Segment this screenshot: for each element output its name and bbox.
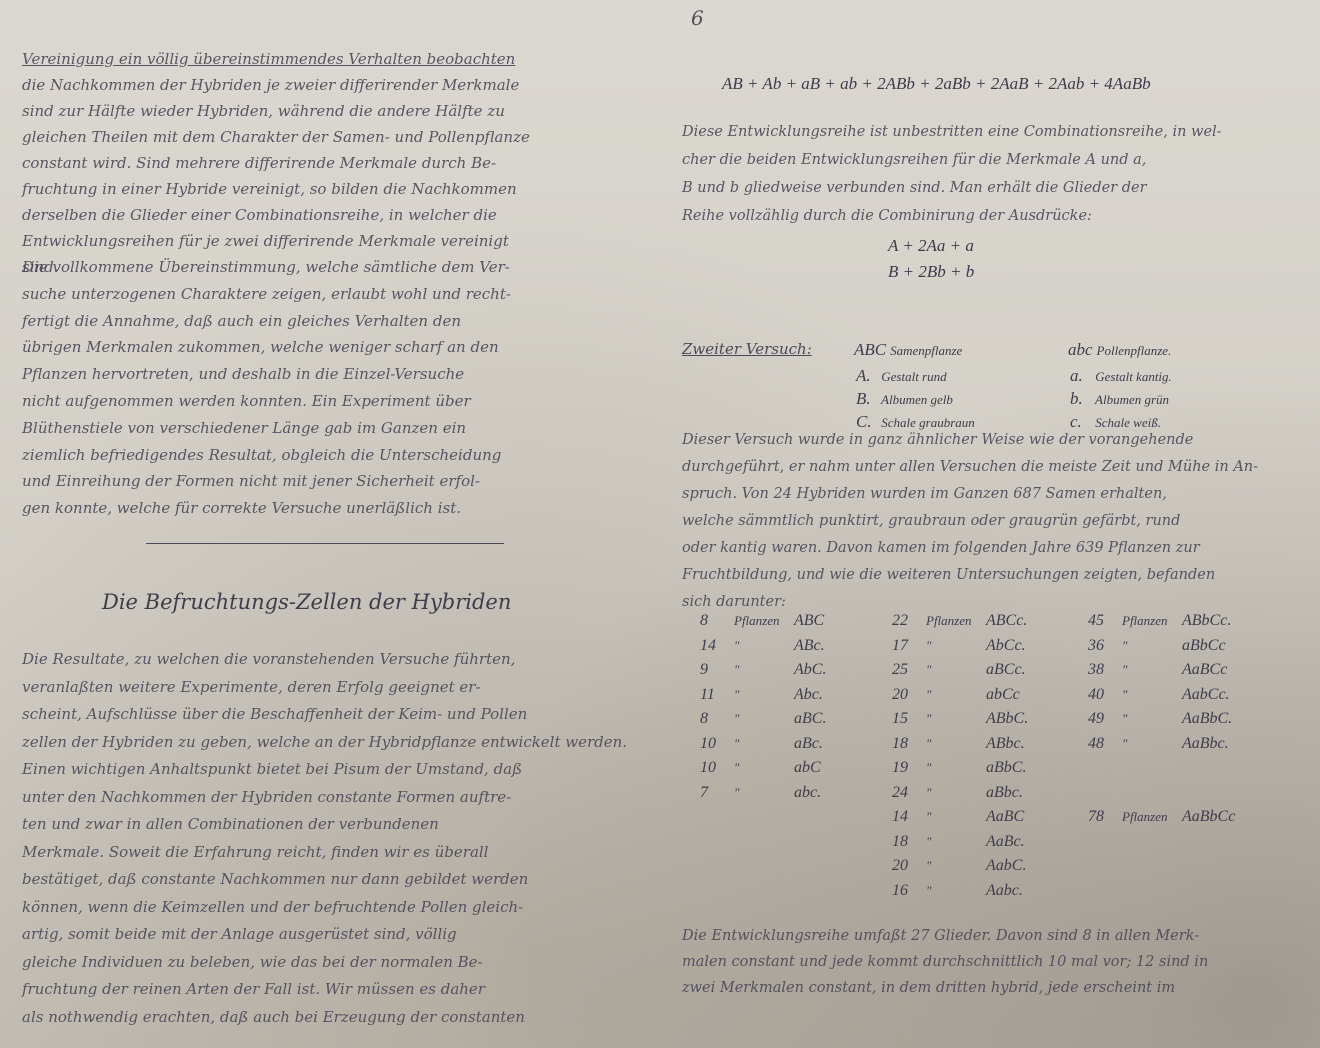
text-line: Fruchtbildung, und wie die weiteren Unte…: [682, 567, 1215, 583]
text-line: gleichen Theilen mit dem Charakter der S…: [22, 128, 530, 146]
plant-count: 10: [700, 759, 734, 777]
plant-count: 24: [892, 784, 926, 802]
ditto-mark: ": [926, 809, 986, 825]
plant-count: 48: [1088, 735, 1122, 753]
table-row: 40 "AabCc.: [1088, 686, 1230, 704]
trait-key: b.: [1070, 389, 1092, 409]
genotype: aBc.: [794, 735, 823, 753]
ditto-mark: ": [1122, 638, 1182, 654]
section-divider: [146, 543, 504, 544]
sub-formula-b: B + 2Bb + b: [888, 262, 974, 282]
ditto-mark: ": [926, 883, 986, 899]
text-line: Pflanzen hervortreten, und deshalb in di…: [22, 365, 464, 383]
trait-key: a.: [1070, 366, 1092, 386]
trait-key: B.: [856, 389, 878, 409]
table-row: 19 "aBbC.: [892, 759, 1026, 777]
genotype: AaBbC.: [1182, 710, 1232, 728]
plant-count: 18: [892, 833, 926, 851]
genotype: aBbCc: [1182, 637, 1226, 655]
ditto-mark: ": [734, 687, 794, 703]
text-line: ziemlich befriedigendes Resultat, obglei…: [22, 446, 501, 464]
seed-parent: ABC Samenpflanze: [854, 340, 962, 360]
text-line: unter den Nachkommen der Hybriden consta…: [22, 788, 511, 806]
text-line: Merkmale. Soweit die Erfahrung reicht, f…: [22, 843, 488, 861]
ditto-mark: ": [734, 711, 794, 727]
table-row: 38 "AaBCc: [1088, 661, 1227, 679]
table-row: 18 "ABbc.: [892, 735, 1025, 753]
text-line: Entwicklungsreihen für je zwei differire…: [22, 232, 509, 250]
text-line: durchgeführt, er nahm unter allen Versuc…: [682, 459, 1258, 475]
ditto-mark: ": [734, 760, 794, 776]
genotype: AabCc.: [1182, 686, 1230, 704]
table-row: 8PflanzenABC: [700, 612, 824, 630]
text-line: Dieser Versuch wurde in ganz ähnlicher W…: [682, 432, 1193, 448]
table-row: 10 "aBc.: [700, 735, 823, 753]
text-line: Reihe vollzählig durch die Combinirung d…: [682, 208, 1092, 224]
ditto-mark: ": [926, 834, 986, 850]
ditto-mark: ": [1122, 687, 1182, 703]
table-row: 9 "AbC.: [700, 661, 826, 679]
table-row-total-hybrid: 78PflanzenAaBbCc: [1088, 808, 1235, 826]
trait-desc: Gestalt kantig.: [1092, 369, 1172, 384]
trait-key: c.: [1070, 412, 1092, 432]
table-row: 16 "Aabc.: [892, 882, 1023, 900]
text-line: ten und zwar in allen Combinationen der …: [22, 815, 439, 833]
text-line: Einen wichtigen Anhaltspunkt bietet bei …: [22, 760, 522, 778]
pollen-parent-name: Pollenpflanze.: [1097, 343, 1172, 358]
table-row: 18 "AaBc.: [892, 833, 1025, 851]
table-row: 22PflanzenABCc.: [892, 612, 1027, 630]
genotype: abc.: [794, 784, 821, 802]
genotype: ABCc.: [986, 612, 1027, 630]
plant-count: 14: [892, 808, 926, 826]
table-row: 10 "abC: [700, 759, 821, 777]
genotype: AbCc.: [986, 637, 1026, 655]
ditto-mark: ": [926, 736, 986, 752]
plant-count: 16: [892, 882, 926, 900]
plant-count: 11: [700, 686, 734, 704]
trait-key: A.: [856, 366, 878, 386]
table-row: 20 "AabC.: [892, 857, 1026, 875]
text-line: fertigt die Annahme, daß auch ein gleich…: [22, 312, 461, 330]
right-page: 6 AB + Ab + aB + ab + 2ABb + 2aBb + 2AaB…: [660, 0, 1320, 1048]
text-line: können, wenn die Keimzellen und der befr…: [22, 898, 523, 916]
table-row: 36 "aBbCc: [1088, 637, 1226, 655]
text-line: B und b gliedweise verbunden sind. Man e…: [682, 180, 1147, 196]
trait-desc: Albumen gelb: [878, 392, 953, 407]
seed-parent-code: ABC: [854, 340, 886, 360]
genotype: Abc.: [794, 686, 823, 704]
text-line: spruch. Von 24 Hybriden wurden im Ganzen…: [682, 486, 1167, 502]
text-line: cher die beiden Entwicklungsreihen für d…: [682, 152, 1146, 168]
trait-item: c. Schale weiß.: [1070, 412, 1161, 432]
table-row: 24 "aBbc.: [892, 784, 1023, 802]
unit-label: Pflanzen: [1122, 613, 1182, 629]
text-line: Diese Entwicklungsreihe ist unbestritten…: [682, 124, 1222, 140]
trait-item: B. Albumen gelb: [856, 389, 953, 409]
table-row: 15 "ABbC.: [892, 710, 1028, 728]
ditto-mark: ": [926, 858, 986, 874]
trait-desc: Schale graubraun: [878, 415, 975, 430]
plant-count: 38: [1088, 661, 1122, 679]
page-number: 6: [691, 6, 704, 30]
plant-count: 49: [1088, 710, 1122, 728]
ditto-mark: ": [926, 638, 986, 654]
text-line: veranlaßten weitere Experimente, deren E…: [22, 678, 481, 696]
trait-item: A. Gestalt rund: [856, 366, 947, 386]
genotype: AaBC: [986, 808, 1024, 826]
plant-count: 8: [700, 612, 734, 630]
genotype: aBbc.: [986, 784, 1023, 802]
plant-count: 20: [892, 857, 926, 875]
table-row: 14 "AaBC: [892, 808, 1024, 826]
genotype: AbC.: [794, 661, 826, 679]
text-line: und Einreihung der Formen nicht mit jene…: [22, 472, 480, 490]
genotype: AaBbCc: [1182, 808, 1235, 826]
plant-count: 18: [892, 735, 926, 753]
text-line: zwei Merkmalen constant, in dem dritten …: [682, 980, 1175, 996]
trait-item: a. Gestalt kantig.: [1070, 366, 1172, 386]
unit-label: Pflanzen: [926, 613, 986, 629]
ditto-mark: ": [926, 785, 986, 801]
plant-count: 7: [700, 784, 734, 802]
text-line: suche unterzogenen Charaktere zeigen, er…: [22, 285, 511, 303]
unit-label: Pflanzen: [734, 613, 794, 629]
text-line: fruchtung der reinen Arten der Fall ist.…: [22, 980, 485, 998]
pollen-parent-code: abc: [1068, 340, 1093, 360]
plant-count: 36: [1088, 637, 1122, 655]
table-row: 17 "AbCc.: [892, 637, 1026, 655]
text-line: scheint, Aufschlüsse über die Beschaffen…: [22, 705, 527, 723]
plant-count: 10: [700, 735, 734, 753]
table-row: 8 "aBC.: [700, 710, 826, 728]
text-line: Die Resultate, zu welchen die voranstehe…: [22, 650, 515, 668]
trait-desc: Albumen grün: [1092, 392, 1169, 407]
plant-count: 78: [1088, 808, 1122, 826]
plant-count: 14: [700, 637, 734, 655]
text-line: die Nachkommen der Hybriden je zweier di…: [22, 76, 519, 94]
genotype: ABbCc.: [1182, 612, 1231, 630]
text-line: artig, somit beide mit der Anlage ausger…: [22, 925, 457, 943]
table-row: 14 "ABc.: [700, 637, 825, 655]
genotype: AaBc.: [986, 833, 1025, 851]
ditto-mark: ": [926, 662, 986, 678]
text-line: bestätiget, daß constante Nachkommen nur…: [22, 870, 528, 888]
genotype: AaBCc: [1182, 661, 1227, 679]
text-line: sind zur Hälfte wieder Hybriden, während…: [22, 102, 505, 120]
text-line: Vereinigung ein völlig übereinstimmendes…: [22, 50, 515, 68]
text-line: Die vollkommene Übereinstimmung, welche …: [22, 258, 510, 276]
ditto-mark: ": [926, 687, 986, 703]
trait-item: C. Schale graubraun: [856, 412, 975, 432]
genotype: ABbC.: [986, 710, 1028, 728]
ditto-mark: ": [734, 785, 794, 801]
genotype: aBC.: [794, 710, 826, 728]
genotype: ABC: [794, 612, 824, 630]
plant-count: 9: [700, 661, 734, 679]
combination-formula: AB + Ab + aB + ab + 2ABb + 2aBb + 2AaB +…: [722, 74, 1151, 94]
text-line: welche sämmtlich punktirt, graubraun ode…: [682, 513, 1180, 529]
text-line: Die Entwicklungsreihe umfaßt 27 Glieder.…: [682, 928, 1199, 944]
trait-item: b. Albumen grün: [1070, 389, 1169, 409]
text-line: gen konnte, welche für correkte Versuche…: [22, 499, 461, 517]
table-row: 48 "AaBbc.: [1088, 735, 1229, 753]
ditto-mark: ": [1122, 662, 1182, 678]
genotype: abC: [794, 759, 821, 777]
plant-count: 17: [892, 637, 926, 655]
plant-count: 40: [1088, 686, 1122, 704]
trait-desc: Gestalt rund: [878, 369, 947, 384]
genotype: ABc.: [794, 637, 825, 655]
plant-count: 22: [892, 612, 926, 630]
text-line: sich darunter:: [682, 594, 786, 610]
text-line: nicht aufgenommen werden konnten. Ein Ex…: [22, 392, 471, 410]
experiment-label: Zweiter Versuch:: [682, 340, 812, 358]
pollen-parent: abc Pollenpflanze.: [1068, 340, 1171, 360]
plant-count: 20: [892, 686, 926, 704]
manuscript-spread: Vereinigung ein völlig übereinstimmendes…: [0, 0, 1320, 1048]
table-row: 49 "AaBbC.: [1088, 710, 1232, 728]
ditto-mark: ": [734, 638, 794, 654]
section-heading: Die Befruchtungs-Zellen der Hybriden: [102, 590, 511, 614]
plant-count: 8: [700, 710, 734, 728]
text-line: zellen der Hybriden zu geben, welche an …: [22, 733, 627, 751]
ditto-mark: ": [734, 662, 794, 678]
table-row: 7 "abc.: [700, 784, 821, 802]
genotype: AabC.: [986, 857, 1026, 875]
ditto-mark: ": [1122, 736, 1182, 752]
trait-desc: Schale weiß.: [1092, 415, 1161, 430]
ditto-mark: ": [734, 736, 794, 752]
text-line: gleiche Individuen zu beleben, wie das b…: [22, 953, 483, 971]
table-row: 11 "Abc.: [700, 686, 823, 704]
text-line: constant wird. Sind mehrere differirende…: [22, 154, 496, 172]
ditto-mark: ": [1122, 711, 1182, 727]
ditto-mark: ": [926, 760, 986, 776]
text-line: fruchtung in einer Hybride vereinigt, so…: [22, 180, 517, 198]
plant-count: 15: [892, 710, 926, 728]
genotype: aBCc.: [986, 661, 1026, 679]
genotype: aBbC.: [986, 759, 1026, 777]
text-line: Blüthenstiele von verschiedener Länge ga…: [22, 419, 466, 437]
sub-formula-a: A + 2Aa + a: [888, 236, 974, 256]
plant-count: 25: [892, 661, 926, 679]
genotype: ABbc.: [986, 735, 1025, 753]
genotype: abCc: [986, 686, 1020, 704]
genotype: Aabc.: [986, 882, 1023, 900]
text-line: als nothwendig erachten, daß auch bei Er…: [22, 1008, 525, 1026]
left-page: Vereinigung ein völlig übereinstimmendes…: [0, 0, 660, 1048]
text-line: übrigen Merkmalen zukommen, welche wenig…: [22, 338, 499, 356]
genotype: AaBbc.: [1182, 735, 1229, 753]
text-line: oder kantig waren. Davon kamen im folgen…: [682, 540, 1200, 556]
text-line: derselben die Glieder einer Combinations…: [22, 206, 497, 224]
table-row: 25 "aBCc.: [892, 661, 1026, 679]
seed-parent-name: Samenpflanze: [890, 343, 962, 358]
plant-count: 45: [1088, 612, 1122, 630]
trait-key: C.: [856, 412, 878, 432]
table-row: 45PflanzenABbCc.: [1088, 612, 1231, 630]
plant-count: 19: [892, 759, 926, 777]
table-row: 20 "abCc: [892, 686, 1020, 704]
ditto-mark: ": [926, 711, 986, 727]
unit-label: Pflanzen: [1122, 809, 1182, 825]
text-line: malen constant und jede kommt durchschni…: [682, 954, 1208, 970]
